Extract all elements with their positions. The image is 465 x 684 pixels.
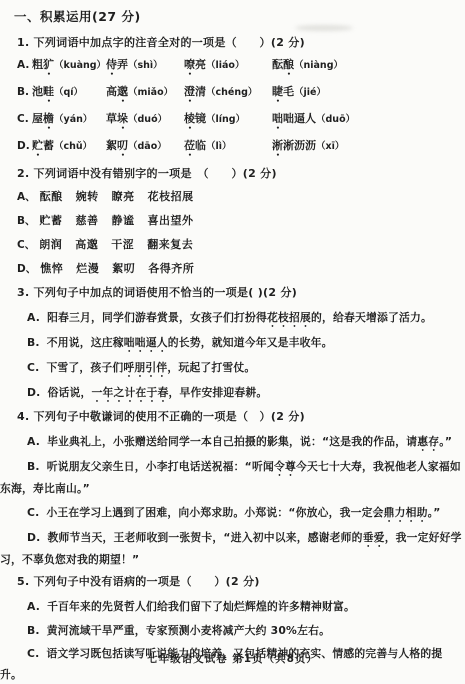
word: 瞭亮 <box>112 190 135 203</box>
word: 睫毛 <box>272 85 294 98</box>
text-run: 毕业典礼上，小张赠送给同学一本自己拍摄的影集，说：“这是我的作品，请 <box>47 435 417 448</box>
pinyin: （lì） <box>206 141 232 152</box>
option-row: A、酝酿婉转瞭亮花枝招展 <box>0 189 465 205</box>
char: 草 <box>106 112 117 125</box>
char: 蓄 <box>43 139 54 152</box>
option-label: B. <box>27 336 40 349</box>
word: 澄清 <box>184 85 206 98</box>
option-label: D. <box>27 386 40 399</box>
word: 贮蓄 <box>40 214 63 227</box>
word: 朗润 <box>39 238 62 251</box>
word: 高邈 <box>106 85 128 98</box>
word: 屋檐 <box>32 112 54 125</box>
word: 慈善 <box>76 214 99 227</box>
char: 亮 <box>195 58 206 71</box>
text-run: 小王在学习上遇到了困难，向小郑求助。小郑说：“你放心，我一定会 <box>46 506 383 519</box>
word: 翻来复去 <box>147 238 193 251</box>
pinyin: （liáo） <box>206 60 244 71</box>
pinyin: （líng） <box>206 114 245 125</box>
text-run: ，早作安排迎春耕。 <box>168 386 267 399</box>
word-pinyin-item: 咄咄逼人（duō） <box>272 112 465 132</box>
emphasized-char: 垛 <box>117 112 128 125</box>
pinyin: （qí） <box>54 87 83 98</box>
emphasized-term: 鼎力相助 <box>384 506 428 519</box>
option-sentence: D.教师节当天，王老师收到一张贺卡，“进入初中以来，感谢老师的垂爱，我一定好好学… <box>0 528 464 571</box>
char: 池 <box>32 85 43 98</box>
option-label: A、 <box>17 191 36 203</box>
char: 酝 <box>272 58 283 71</box>
word: 粗犷 <box>32 58 54 71</box>
option-label: C、 <box>17 239 35 251</box>
word-pinyin-item: 睫毛（jié） <box>272 85 465 105</box>
question-5: 5. 下列句子中没有语病的一项是（ ）(2 分)A.千百年来的先贤哲人们给我们留… <box>0 574 465 684</box>
word-pinyin-item: 酝酿（niàng） <box>272 58 465 78</box>
text-run: 不用说，这庄稼 <box>47 336 124 349</box>
text-run: ，玩起了打雪仗。 <box>167 361 255 374</box>
option-sentence: B.听说朋友父亲生日，小李打电话送祝福：“听闻令尊今天七十大寿，我祝他老人家福如… <box>0 457 464 500</box>
text-run: 的，给春天增添了活力。 <box>311 311 432 324</box>
question-list: 1. 下列词语中加点字的注音全对的一项是（ ）(2 分)A.粗犷（kuàng）侍… <box>0 35 465 684</box>
option-label: A. <box>27 311 40 324</box>
char: 弄 <box>117 58 128 71</box>
word: 各得齐所 <box>148 262 194 275</box>
option-label: D. <box>27 531 40 544</box>
word: 淅淅沥沥 <box>272 139 316 152</box>
option-label: B. <box>17 85 32 99</box>
option-label: D. <box>17 139 32 153</box>
page-footer: 七年级语文试卷 第1页（共8页） <box>0 651 465 666</box>
emphasized-char: 莅 <box>184 139 195 152</box>
emphasized-term: 一年之计在于春 <box>91 386 168 399</box>
pinyin: （niàng） <box>294 60 343 71</box>
word: 侍弄 <box>106 58 128 71</box>
option-label: A. <box>27 435 40 448</box>
text-run: 听说朋友父亲生日，小李打电话送祝福：“听闻 <box>47 460 274 473</box>
pinyin: （dāo） <box>128 141 167 152</box>
option-row: D.贮蓄（chǔ）絮叨（dāo）莅临（lì）淅淅沥沥（xī） <box>0 139 465 159</box>
text-run: 黄河流域干旱严重，专家预测小麦将减产大约 30%左右。 <box>47 624 330 637</box>
option-sentence: A.阳春三月，同学们游春赏景，女孩子们打扮得花枝招展的，给春天增添了活力。 <box>0 308 464 330</box>
option-row: B.池畦（qí）高邈（miǎo）澄清（chéng）睫毛（jié） <box>0 85 465 105</box>
word: 酝酿 <box>40 190 63 203</box>
option-sentence: B.不用说，这庄稼咄咄逼人的长势，就知道今年又是丰收年。 <box>0 333 464 355</box>
emphasized-char: 檐 <box>43 112 54 125</box>
pinyin: （miǎo） <box>128 87 173 98</box>
char: 屋 <box>32 112 43 125</box>
pinyin: （shì） <box>128 60 163 71</box>
word-pinyin-item: 屋檐（yán） <box>32 112 106 132</box>
text-run: 下雪了，孩子们 <box>46 361 123 374</box>
question-3: 3. 下列句子中加点的词语使用不恰当的一项是( )(2 分)A.阳春三月，同学们… <box>0 285 465 405</box>
emphasized-term: 惠存 <box>417 435 439 448</box>
pinyin: （kuàng） <box>54 60 106 71</box>
word-pinyin-item: 侍弄（shì） <box>106 58 184 78</box>
question-stem: 1. 下列词语中加点字的注音全对的一项是（ ）(2 分) <box>17 35 457 51</box>
word: 池畦 <box>32 85 54 98</box>
emphasized-term: 咄咄逼人 <box>124 336 168 349</box>
scan-artifact <box>295 25 353 31</box>
option-row: A.粗犷（kuàng）侍弄（shì）嘹亮（liáo）酝酿（niàng） <box>0 58 465 78</box>
option-sentence: A.千百年来的先贤哲人们给我们留下了灿烂辉煌的许多精神财富。 <box>0 597 464 618</box>
section-title: 一、积累运用(27 分) <box>14 8 465 25</box>
word: 咄咄逼人 <box>272 112 316 125</box>
text-run: 阳春三月，同学们游春赏景，女孩子们打扮得 <box>47 311 267 324</box>
text-run: 。” <box>428 506 441 519</box>
option-row: D、憔悴烂漫絮叨各得齐所 <box>0 261 465 277</box>
word: 喜出望外 <box>148 214 194 227</box>
emphasized-term: 花枝招展 <box>267 311 311 324</box>
exam-page: 一、积累运用(27 分) 1. 下列词语中加点字的注音全对的一项是（ ）(2 分… <box>0 0 465 684</box>
pinyin: （jié） <box>294 87 326 98</box>
word: 絮叨 <box>106 139 128 152</box>
emphasized-char: 贮 <box>32 139 43 152</box>
char: 毛 <box>283 85 294 98</box>
emphasized-char: 犷 <box>43 58 54 71</box>
pinyin: （chǔ） <box>54 141 92 152</box>
word: 贮蓄 <box>32 139 54 152</box>
emphasized-char: 酿 <box>283 58 294 71</box>
char: 淅 <box>283 139 294 152</box>
emphasized-char: 棱 <box>184 112 195 125</box>
word: 高邈 <box>75 238 98 251</box>
char: 清 <box>195 85 206 98</box>
word: 婉转 <box>76 190 99 203</box>
emphasized-char: 嘹 <box>184 58 195 71</box>
word-pinyin-item: 莅临（lì） <box>184 139 272 159</box>
emphasized-char: 澄 <box>184 85 195 98</box>
option-row: C、朗润高邈干涩翻来复去 <box>0 237 465 253</box>
option-sentence: C.小王在学习上遇到了困难，向小郑求助。小郑说：“你放心，我一定会鼎力相助。” <box>0 503 464 525</box>
char: 沥 <box>294 139 305 152</box>
option-label: C. <box>27 361 39 374</box>
word-pinyin-item: 粗犷（kuàng） <box>32 58 106 78</box>
question-stem: 2. 下列词语中没有错别字的一项是 （ ）(2 分) <box>17 166 457 182</box>
word: 棱镜 <box>184 112 206 125</box>
option-sentence: D.俗话说，一年之计在于春，早作安排迎春耕。 <box>0 383 464 405</box>
word-pinyin-item: 高邈（miǎo） <box>106 85 184 105</box>
emphasized-char: 咄 <box>272 112 283 125</box>
option-sentence: C.下雪了，孩子们呼朋引伴，玩起了打雪仗。 <box>0 358 464 380</box>
text-run: 教师节当天，王老师收到一张贺卡，“进入初中以来，感谢老师的 <box>47 531 362 544</box>
option-label: A. <box>17 58 32 72</box>
option-label: B、 <box>17 215 36 227</box>
text-run: 俗话说， <box>47 386 91 399</box>
word-pinyin-item: 棱镜（líng） <box>184 112 272 132</box>
word-pinyin-item: 淅淅沥沥（xī） <box>272 139 465 159</box>
option-label: B. <box>27 460 40 473</box>
question-1: 1. 下列词语中加点字的注音全对的一项是（ ）(2 分)A.粗犷（kuàng）侍… <box>0 35 465 159</box>
char: 临 <box>195 139 206 152</box>
option-row: B、贮蓄慈善静谧喜出望外 <box>0 213 465 229</box>
option-label: C. <box>27 506 39 519</box>
text-run: 千百年来的先贤哲人们给我们留下了灿烂辉煌的许多精神财富。 <box>47 600 355 613</box>
emphasized-char: 邈 <box>117 85 128 98</box>
option-label: C. <box>17 112 32 126</box>
question-2: 2. 下列词语中没有错别字的一项是 （ ）(2 分)A、酝酿婉转瞭亮花枝招展B、… <box>0 166 465 277</box>
emphasized-char: 叨 <box>117 139 128 152</box>
option-label: A. <box>27 600 40 613</box>
question-4: 4. 下列句子中敬谦词的使用不正确的一项是（ ）(2 分)A.毕业典礼上，小张赠… <box>0 409 465 570</box>
word: 花枝招展 <box>148 190 194 203</box>
option-sentence: A.毕业典礼上，小张赠送给同学一本自己拍摄的影集，说：“这是我的作品，请惠存。” <box>0 432 464 454</box>
emphasized-term: 令尊 <box>274 460 296 473</box>
char: 粗 <box>32 58 43 71</box>
word-pinyin-item: 絮叨（dāo） <box>106 139 184 159</box>
char: 沥 <box>305 139 316 152</box>
question-stem: 3. 下列句子中加点的词语使用不恰当的一项是( )(2 分) <box>17 285 457 301</box>
option-row: C.屋檐（yán）草垛（duó）棱镜（líng）咄咄逼人（duō） <box>0 112 465 132</box>
pinyin: （yán） <box>54 114 92 125</box>
pinyin: （xī） <box>316 141 344 152</box>
emphasized-char: 畦 <box>43 85 54 98</box>
word: 干涩 <box>111 238 134 251</box>
word-pinyin-item: 澄清（chéng） <box>184 85 272 105</box>
char: 逼 <box>294 112 305 125</box>
word-pinyin-item: 草垛（duó） <box>106 112 184 132</box>
emphasized-term: 呼朋引伴 <box>123 361 167 374</box>
option-sentence: B.黄河流域干旱严重，专家预测小麦将减产大约 30%左右。 <box>0 621 464 642</box>
word: 絮叨 <box>112 262 135 275</box>
emphasized-char: 淅 <box>272 139 283 152</box>
question-stem: 5. 下列句子中没有语病的一项是（ ）(2 分) <box>17 574 457 590</box>
emphasized-term: 垂爱 <box>363 531 385 544</box>
option-label: D、 <box>17 263 36 275</box>
char: 絮 <box>106 139 117 152</box>
word: 草垛 <box>106 112 128 125</box>
emphasized-char: 侍 <box>106 58 117 71</box>
text-run: 。” <box>439 435 452 448</box>
char: 高 <box>106 85 117 98</box>
text-run: 的长势，就知道今年又是丰收年。 <box>168 336 333 349</box>
word: 静谧 <box>112 214 135 227</box>
question-stem: 4. 下列句子中敬谦词的使用不正确的一项是（ ）(2 分) <box>17 409 457 425</box>
word-pinyin-item: 贮蓄（chǔ） <box>32 139 106 159</box>
word: 莅临 <box>184 139 206 152</box>
word: 憔悴 <box>40 262 63 275</box>
pinyin: （duó） <box>128 114 167 125</box>
char: 镜 <box>195 112 206 125</box>
word: 烂漫 <box>76 262 99 275</box>
pinyin: （duō） <box>316 114 355 125</box>
word: 酝酿 <box>272 58 294 71</box>
char: 咄 <box>283 112 294 125</box>
pinyin: （chéng） <box>206 87 257 98</box>
option-label: B. <box>27 624 40 637</box>
word: 嘹亮 <box>184 58 206 71</box>
word-pinyin-item: 池畦（qí） <box>32 85 106 105</box>
char: 人 <box>305 112 316 125</box>
emphasized-char: 睫 <box>272 85 283 98</box>
word-pinyin-item: 嘹亮（liáo） <box>184 58 272 78</box>
